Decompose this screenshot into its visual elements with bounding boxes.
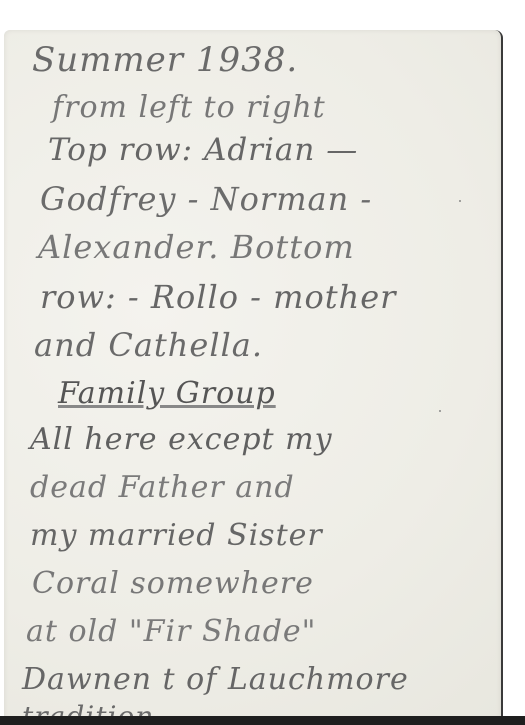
handwritten-line: at old "Fir Shade" xyxy=(26,614,316,649)
photo-card-back: Summer 1938. from left to right Top row:… xyxy=(4,30,503,720)
paper-speck xyxy=(439,410,441,412)
handwritten-line: All here except my xyxy=(30,422,333,457)
paper-speck xyxy=(459,200,461,202)
handwritten-line: and Cathella. xyxy=(34,326,263,364)
scan-edge xyxy=(0,716,525,725)
handwritten-line: my married Sister xyxy=(30,518,323,553)
handwritten-line-date: Summer 1938. xyxy=(32,40,298,80)
handwritten-line: from left to right xyxy=(52,90,326,125)
handwritten-line: Dawnen t of Lauchmore xyxy=(22,662,409,697)
handwritten-line: row: - Rollo - mother xyxy=(40,278,396,316)
handwritten-line: Godfrey - Norman - xyxy=(40,180,372,218)
handwritten-line-heading: Family Group xyxy=(58,376,276,411)
handwritten-line: Top row: Adrian — xyxy=(48,132,358,168)
handwritten-line: Alexander. Bottom xyxy=(38,228,355,266)
handwritten-line: dead Father and xyxy=(30,470,295,505)
handwritten-line: Coral somewhere xyxy=(32,566,314,601)
